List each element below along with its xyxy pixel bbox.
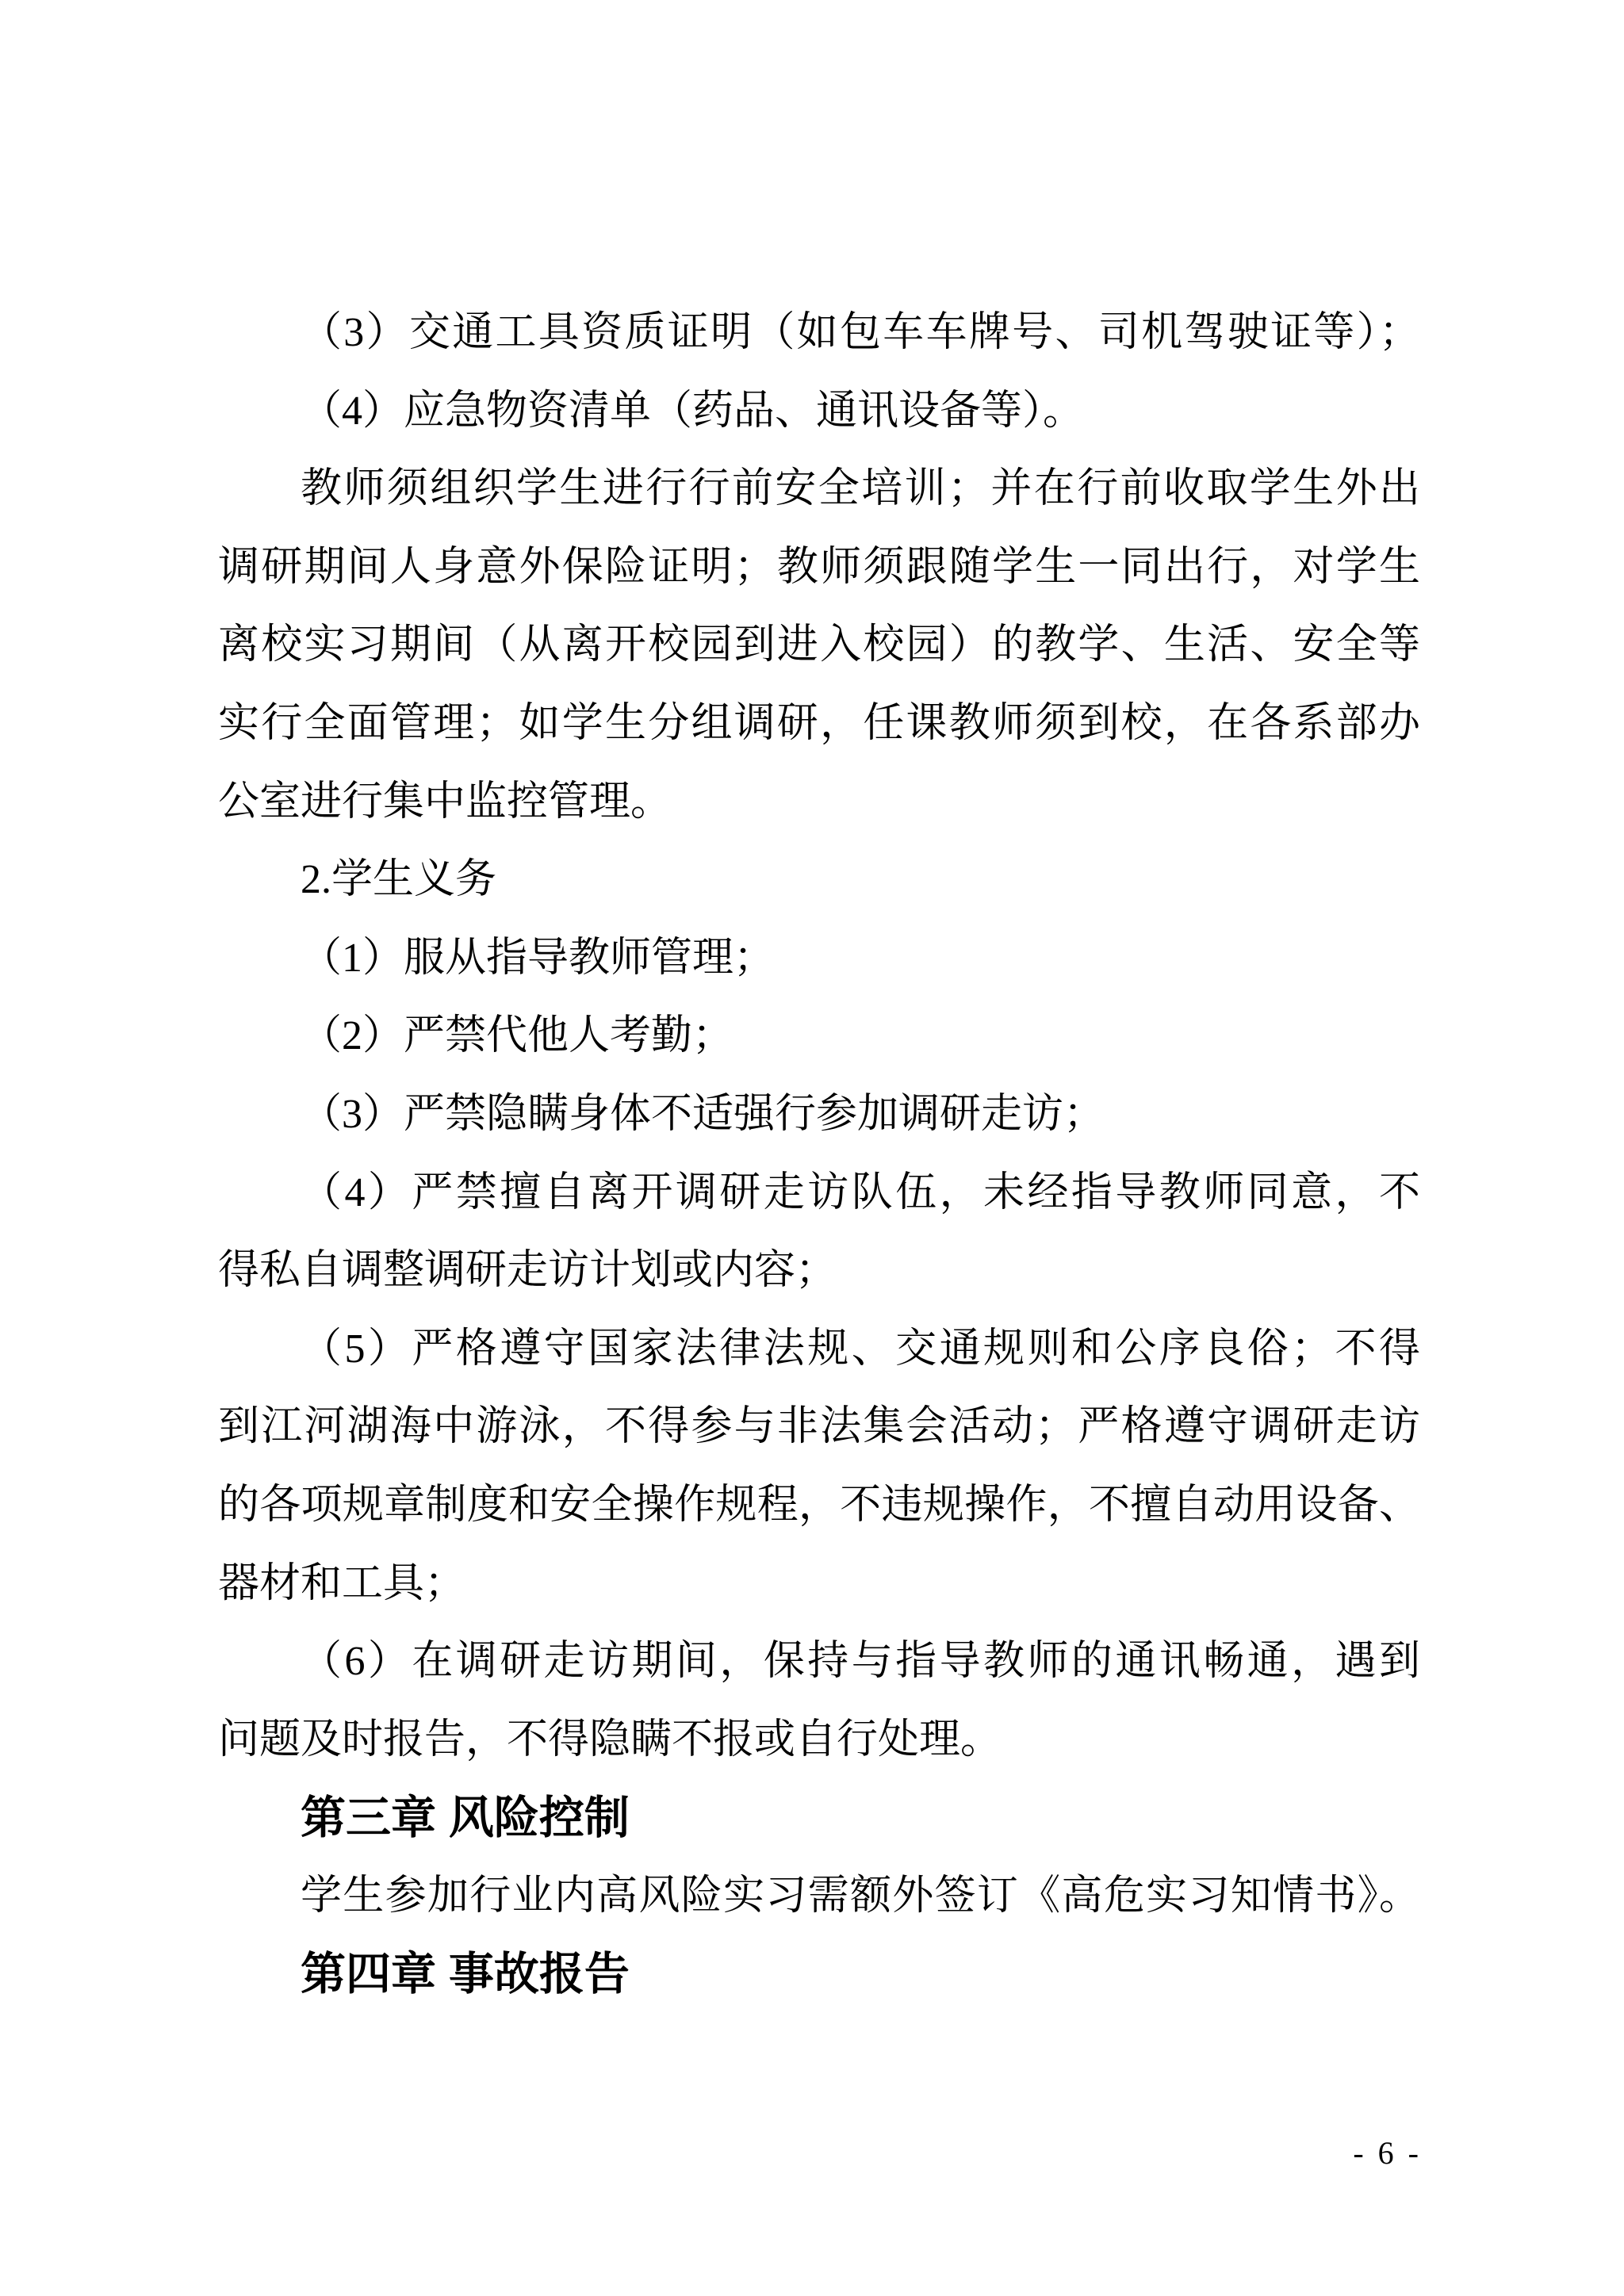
text-line: 调研期间人身意外保险证明；教师须跟随学生一同出行，对学生 — [218, 529, 1420, 607]
text-line: 公室进行集中监控管理。 — [218, 763, 1420, 842]
document-page: （3）交通工具资质证明（如包车车牌号、司机驾驶证等）；（4）应急物资清单（药品、… — [0, 0, 1624, 2296]
text-line: （2）严禁代他人考勤； — [218, 997, 1420, 1076]
text-line: 学生参加行业内高风险实习需额外签订《高危实习知情书》。 — [218, 1858, 1420, 1936]
text-line: 实行全面管理；如学生分组调研，任课教师须到校，在各系部办 — [218, 685, 1420, 763]
text-line: 2.学生义务 — [218, 841, 1420, 920]
text-line: （6）在调研走访期间，保持与指导教师的通讯畅通，遇到 — [218, 1623, 1420, 1701]
text-line: 到江河湖海中游泳，不得参与非法集会活动；严格遵守调研走访 — [218, 1388, 1420, 1467]
section-heading: 第三章 风险控制 — [218, 1779, 1420, 1858]
text-line: 问题及时报告，不得隐瞒不报或自行处理。 — [218, 1701, 1420, 1780]
text-line: 器材和工具； — [218, 1545, 1420, 1624]
text-line: （4）严禁擅自离开调研走访队伍，未经指导教师同意，不 — [218, 1154, 1420, 1233]
section-heading: 第四章 事故报告 — [218, 1935, 1420, 2014]
text-line: 教师须组织学生进行行前安全培训；并在行前收取学生外出 — [218, 450, 1420, 529]
text-line: （3）严禁隐瞒身体不适强行参加调研走访； — [218, 1076, 1420, 1154]
text-line: 得私自调整调研走访计划或内容； — [218, 1232, 1420, 1311]
text-line: （3）交通工具资质证明（如包车车牌号、司机驾驶证等）； — [218, 294, 1420, 373]
document-body: （3）交通工具资质证明（如包车车牌号、司机驾驶证等）；（4）应急物资清单（药品、… — [218, 294, 1420, 2014]
text-line: 的各项规章制度和安全操作规程，不违规操作，不擅自动用设备、 — [218, 1467, 1420, 1545]
page-number: - 6 - — [1353, 2134, 1422, 2172]
text-line: （5）严格遵守国家法律法规、交通规则和公序良俗；不得 — [218, 1311, 1420, 1389]
text-line: （1）服从指导教师管理； — [218, 920, 1420, 998]
text-line: （4）应急物资清单（药品、通讯设备等）。 — [218, 373, 1420, 451]
text-line: 离校实习期间（从离开校园到进入校园）的教学、生活、安全等 — [218, 607, 1420, 685]
